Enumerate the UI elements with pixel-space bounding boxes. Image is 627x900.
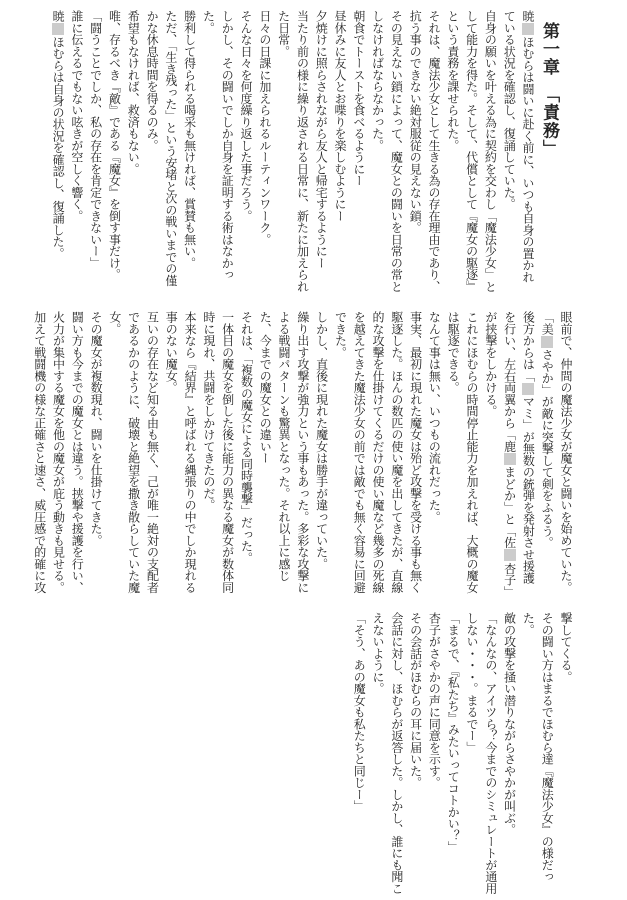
paragraph: 暁ほむらは闘いに赴く前に、いつも自身の置かれている状況を確認し、復誦していた。 [499,10,537,294]
masked-character-box [52,23,64,35]
paragraph: 闘い方も今までの魔女とは違う。挟撃や援護を行い、火力が集中する魔女を他の魔女が庇… [49,311,87,595]
paragraph: 希望もなければ、救済もない。 [123,10,142,294]
paragraph: 唯、存るべき『敵』である『魔女』を倒す事だけ。 [105,10,124,294]
paragraph: そんな日々を何度繰り返した事だろう。 [236,10,255,294]
paragraph: 日々の日課に加えられるルーティンワーク。 [255,10,274,294]
paragraph: 「そう、あの魔女も私たちと同じー」 [349,612,368,896]
paragraph: 朝食でトーストを食べるようにー [349,10,368,294]
text-band-bottom: 撃してくる。その闘い方はまるでほむら達『魔法少女』の様だった。敵の攻撃を掻い潜り… [14,612,575,896]
masked-character-box [522,383,534,395]
paragraph: 自身の願いを叶える為に契約を交わし「魔法少女」として能力を得た。そして、代償とし… [443,10,499,294]
paragraph: 加えて戦闘機の様な正確さと速さ、威圧感で的確に攻 [30,311,49,595]
paragraph: それは、「複数の魔女による同時襲撃」だった。 [237,311,256,595]
paragraph: 後方からは「マミ」が無数の銃弾を発射させ援護を行い、左右両翼から「鹿まどか」と「… [481,311,537,595]
paragraph: 当たり前の様に繰り返される日常に、新たに加えられた日常。 [274,10,312,294]
paragraph: 一体目の魔女を倒した後に能力の異なる魔女が数体同時に現れ、共闘をしかけてきたのだ… [199,311,237,595]
paragraph: しかし、その闘いでしか自身を証明する術はなかった。 [199,10,237,294]
masked-character-box [504,549,516,561]
paragraph: それは、魔法少女として生きる為の存在理由であり、抗う事のできない絶対服従の見えな… [405,10,443,294]
paragraph: その会話がほむらの耳に届いた。 [406,612,425,896]
novel-page: 第一章 「責務」 暁ほむらは闘いに赴く前に、いつも自身の置かれている状況を確認し… [0,0,627,900]
paragraph: ただ、「生き残った」という安堵と次の戦いまでの僅かな休息時間を得るのみ。 [142,10,180,294]
paragraph: しかし、直後に現れた魔女は勝手が違っていた。 [312,311,331,595]
paragraph: その見えない鎖によって、魔女との闘いを日常の常としなければならなかった。 [368,10,406,294]
paragraph: 撃してくる。 [556,612,575,896]
paragraph: 会話に対し、ほむらが返答した。しかし、誰にも聞こえないように。 [368,612,406,896]
text-band-middle: 眼前で、仲間の魔法少女が魔女と闘いを始めていた。「美さやか」が敵に突撃して剣をふ… [14,311,575,595]
paragraph: 「まるで、『私たち』みたいってコトかい？」 [443,612,462,896]
paragraph: 眼前で、仲間の魔法少女が魔女と闘いを始めていた。 [556,311,575,595]
paragraph: なんて事は無い、いつもの流れだった。 [425,311,444,595]
paragraph: 繰り出す攻撃が強力という事もあった。多彩な攻撃による戦闘パターンも驚異となった。… [255,311,311,595]
paragraph: 「闘うことでしか、私の存在を肯定できないー」 [86,10,105,294]
paragraph: 「美さやか」が敵に突撃して剣をふるう。 [537,311,556,595]
paragraph: 勝利して得られる喝采も無ければ、賞賛も無い。 [180,10,199,294]
paragraph: その闘い方はまるでほむら達『魔法少女』の様だった。 [519,612,557,896]
paragraph: 事実、最初に現れた魔女は殆ど攻撃を受ける事も無く駆逐した。ほんの数匹の使い魔を出… [331,311,425,595]
paragraph: 昼休みに友人とお喋りを楽しむようにー [330,10,349,294]
chapter-title: 第一章 「責務」 [537,10,561,294]
masked-character-box [504,453,516,465]
masked-character-box [541,336,553,348]
paragraph: これにほむらの時間停止能力を加えれば、大概の魔女は駆逐できる。 [443,311,481,595]
paragraph: 杏子がさやかの声に同意を示す。 [425,612,444,896]
paragraph: 誰に伝えるでもない呟きが空しく響く。 [67,10,86,294]
paragraph: 本来なら『結界』と呼ばれる縄張りの中でしか現れる事のない魔女。 [161,311,199,595]
paragraph: 夕焼けに照らされながら友人と帰宅するようにー [311,10,330,294]
masked-character-box [522,23,534,35]
paragraph: 互いの存在など知る由も無く、己が唯一絶対の支配者であるかのように、破壊と絶望を撒… [105,311,161,595]
paragraph: 敵の攻撃を掻い潜りながらさやかが叫ぶ。 [500,612,519,896]
paragraph: 暁ほむらは自身の状況を確認し、復誦した。 [48,10,67,294]
text-band-top: 第一章 「責務」 暁ほむらは闘いに赴く前に、いつも自身の置かれている状況を確認し… [14,10,575,294]
paragraph: 「なんなの、アイツら？今までのシミュレートが通用しない・・・。まるでー」 [462,612,500,896]
paragraph: その魔女が複数現れ、闘いを仕掛けてきた。 [86,311,105,595]
